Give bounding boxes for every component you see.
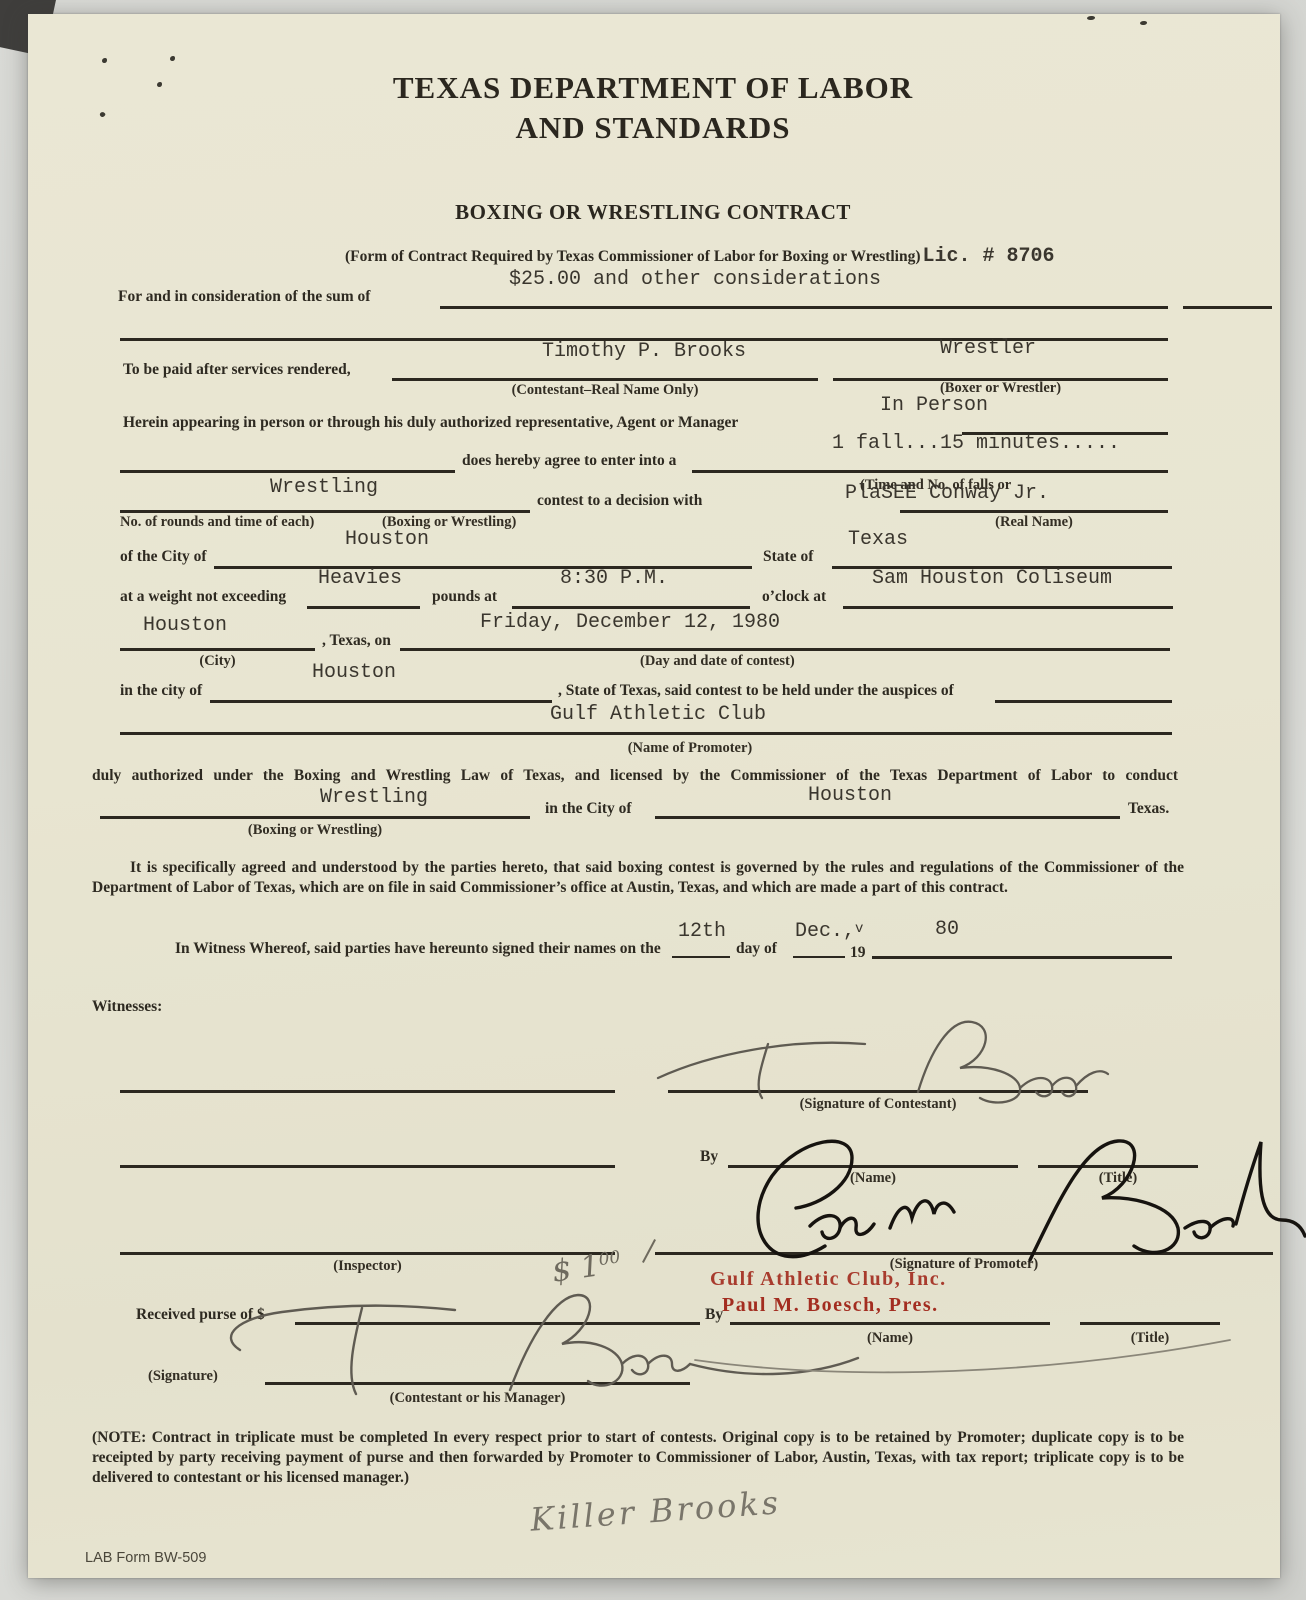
role-blank (833, 358, 1168, 381)
department-title-line2: AND STANDARDS (253, 110, 1053, 146)
conduct-caption: (Boxing or Wrestling) (100, 822, 530, 839)
promoter-signature (730, 1128, 1305, 1268)
year-blank (872, 936, 1172, 959)
agree-left-blank (120, 450, 455, 473)
auspices-blank (995, 680, 1172, 703)
conduct-blank (100, 796, 530, 819)
contestant-signature (650, 1012, 1110, 1100)
agreement-text: It is specifically agreed and understood… (92, 858, 1184, 898)
pounds-label: pounds at (432, 588, 497, 606)
style-blank (120, 490, 530, 513)
paid-label: To be paid after services rendered, (123, 361, 351, 379)
city4-blank (655, 796, 1120, 819)
year-prefix: 19 (850, 944, 866, 962)
auspices-label: , State of Texas, said contest to be hel… (558, 682, 954, 700)
witness-exec-label: In Witness Whereof, said parties have he… (175, 940, 661, 958)
consideration-label: For and in consideration of the sum of (118, 288, 370, 306)
witness-blank-2 (120, 1145, 615, 1168)
falls-blank (692, 450, 1168, 473)
state-blank (832, 546, 1172, 569)
form-requirement-text: (Form of Contract Required by Texas Comm… (345, 248, 921, 265)
license-number: Lic. # 8706 (923, 245, 1055, 268)
texas-label: Texas. (1128, 800, 1169, 818)
opponent-blank (900, 490, 1168, 513)
time-blank (512, 586, 750, 609)
city-blank (214, 546, 752, 569)
rounds-caption: No. of rounds and time of each) (120, 514, 314, 531)
witness-blank-1 (120, 1070, 615, 1093)
authorized-text: duly authorized under the Boxing and Wre… (92, 766, 1178, 786)
decision-label: contest to a decision with (537, 492, 702, 510)
oclock-label: o’clock at (762, 588, 826, 606)
month-checkmark: v (855, 921, 863, 937)
contestant-name-blank (392, 358, 818, 381)
opponent-caption: (Real Name) (900, 514, 1168, 531)
city2-caption: (City) (120, 653, 315, 670)
weight-blank (307, 586, 420, 609)
witnesses-label: Witnesses: (92, 998, 162, 1016)
day-label: day of (736, 940, 777, 958)
in-city2-label: in the City of (545, 800, 632, 818)
role-value: Wrestler (940, 337, 1036, 360)
inspector-blank (120, 1232, 615, 1255)
texas-on-label: , Texas, on (322, 632, 391, 650)
department-title-line1: TEXAS DEPARTMENT OF LABOR (253, 70, 1053, 106)
city2-blank (120, 628, 315, 651)
city-label: of the City of (120, 548, 207, 566)
date-caption: (Day and date of contest) (640, 653, 795, 670)
day-blank (672, 936, 730, 958)
photo-of-contract: TEXAS DEPARTMENT OF LABOR AND STANDARDS … (0, 0, 1306, 1600)
consideration-blank-right (1183, 286, 1272, 309)
state-label: State of (763, 548, 813, 566)
form-requirement-line: (Form of Contract Required by Texas Comm… (345, 245, 1055, 268)
form-number: LAB Form BW-509 (85, 1550, 206, 1566)
agent-label: Herein appearing in person or through hi… (123, 414, 738, 432)
contestant-caption: (Contestant–Real Name Only) (392, 382, 818, 399)
promoter-blank (120, 712, 1172, 735)
venue-blank (843, 586, 1173, 609)
purse-cents: 00 (597, 1247, 621, 1270)
weight-label: at a weight not exceeding (120, 588, 286, 606)
promoter-caption: (Name of Promoter) (420, 740, 960, 757)
contract-title: BOXING OR WRESTLING CONTRACT (253, 200, 1053, 225)
in-city-label: in the city of (120, 682, 202, 700)
signature-label: (Signature) (148, 1368, 218, 1385)
pencil-tail-stroke (690, 1322, 1235, 1377)
month-blank (793, 936, 845, 958)
consideration-blank (440, 286, 1168, 309)
note-text: (NOTE: Contract in triplicate must be co… (92, 1428, 1184, 1487)
by-label-1: By (700, 1148, 718, 1166)
city3-blank (210, 680, 552, 703)
agree-label: does hereby agree to enter into a (462, 452, 676, 470)
date-blank (400, 628, 1170, 651)
